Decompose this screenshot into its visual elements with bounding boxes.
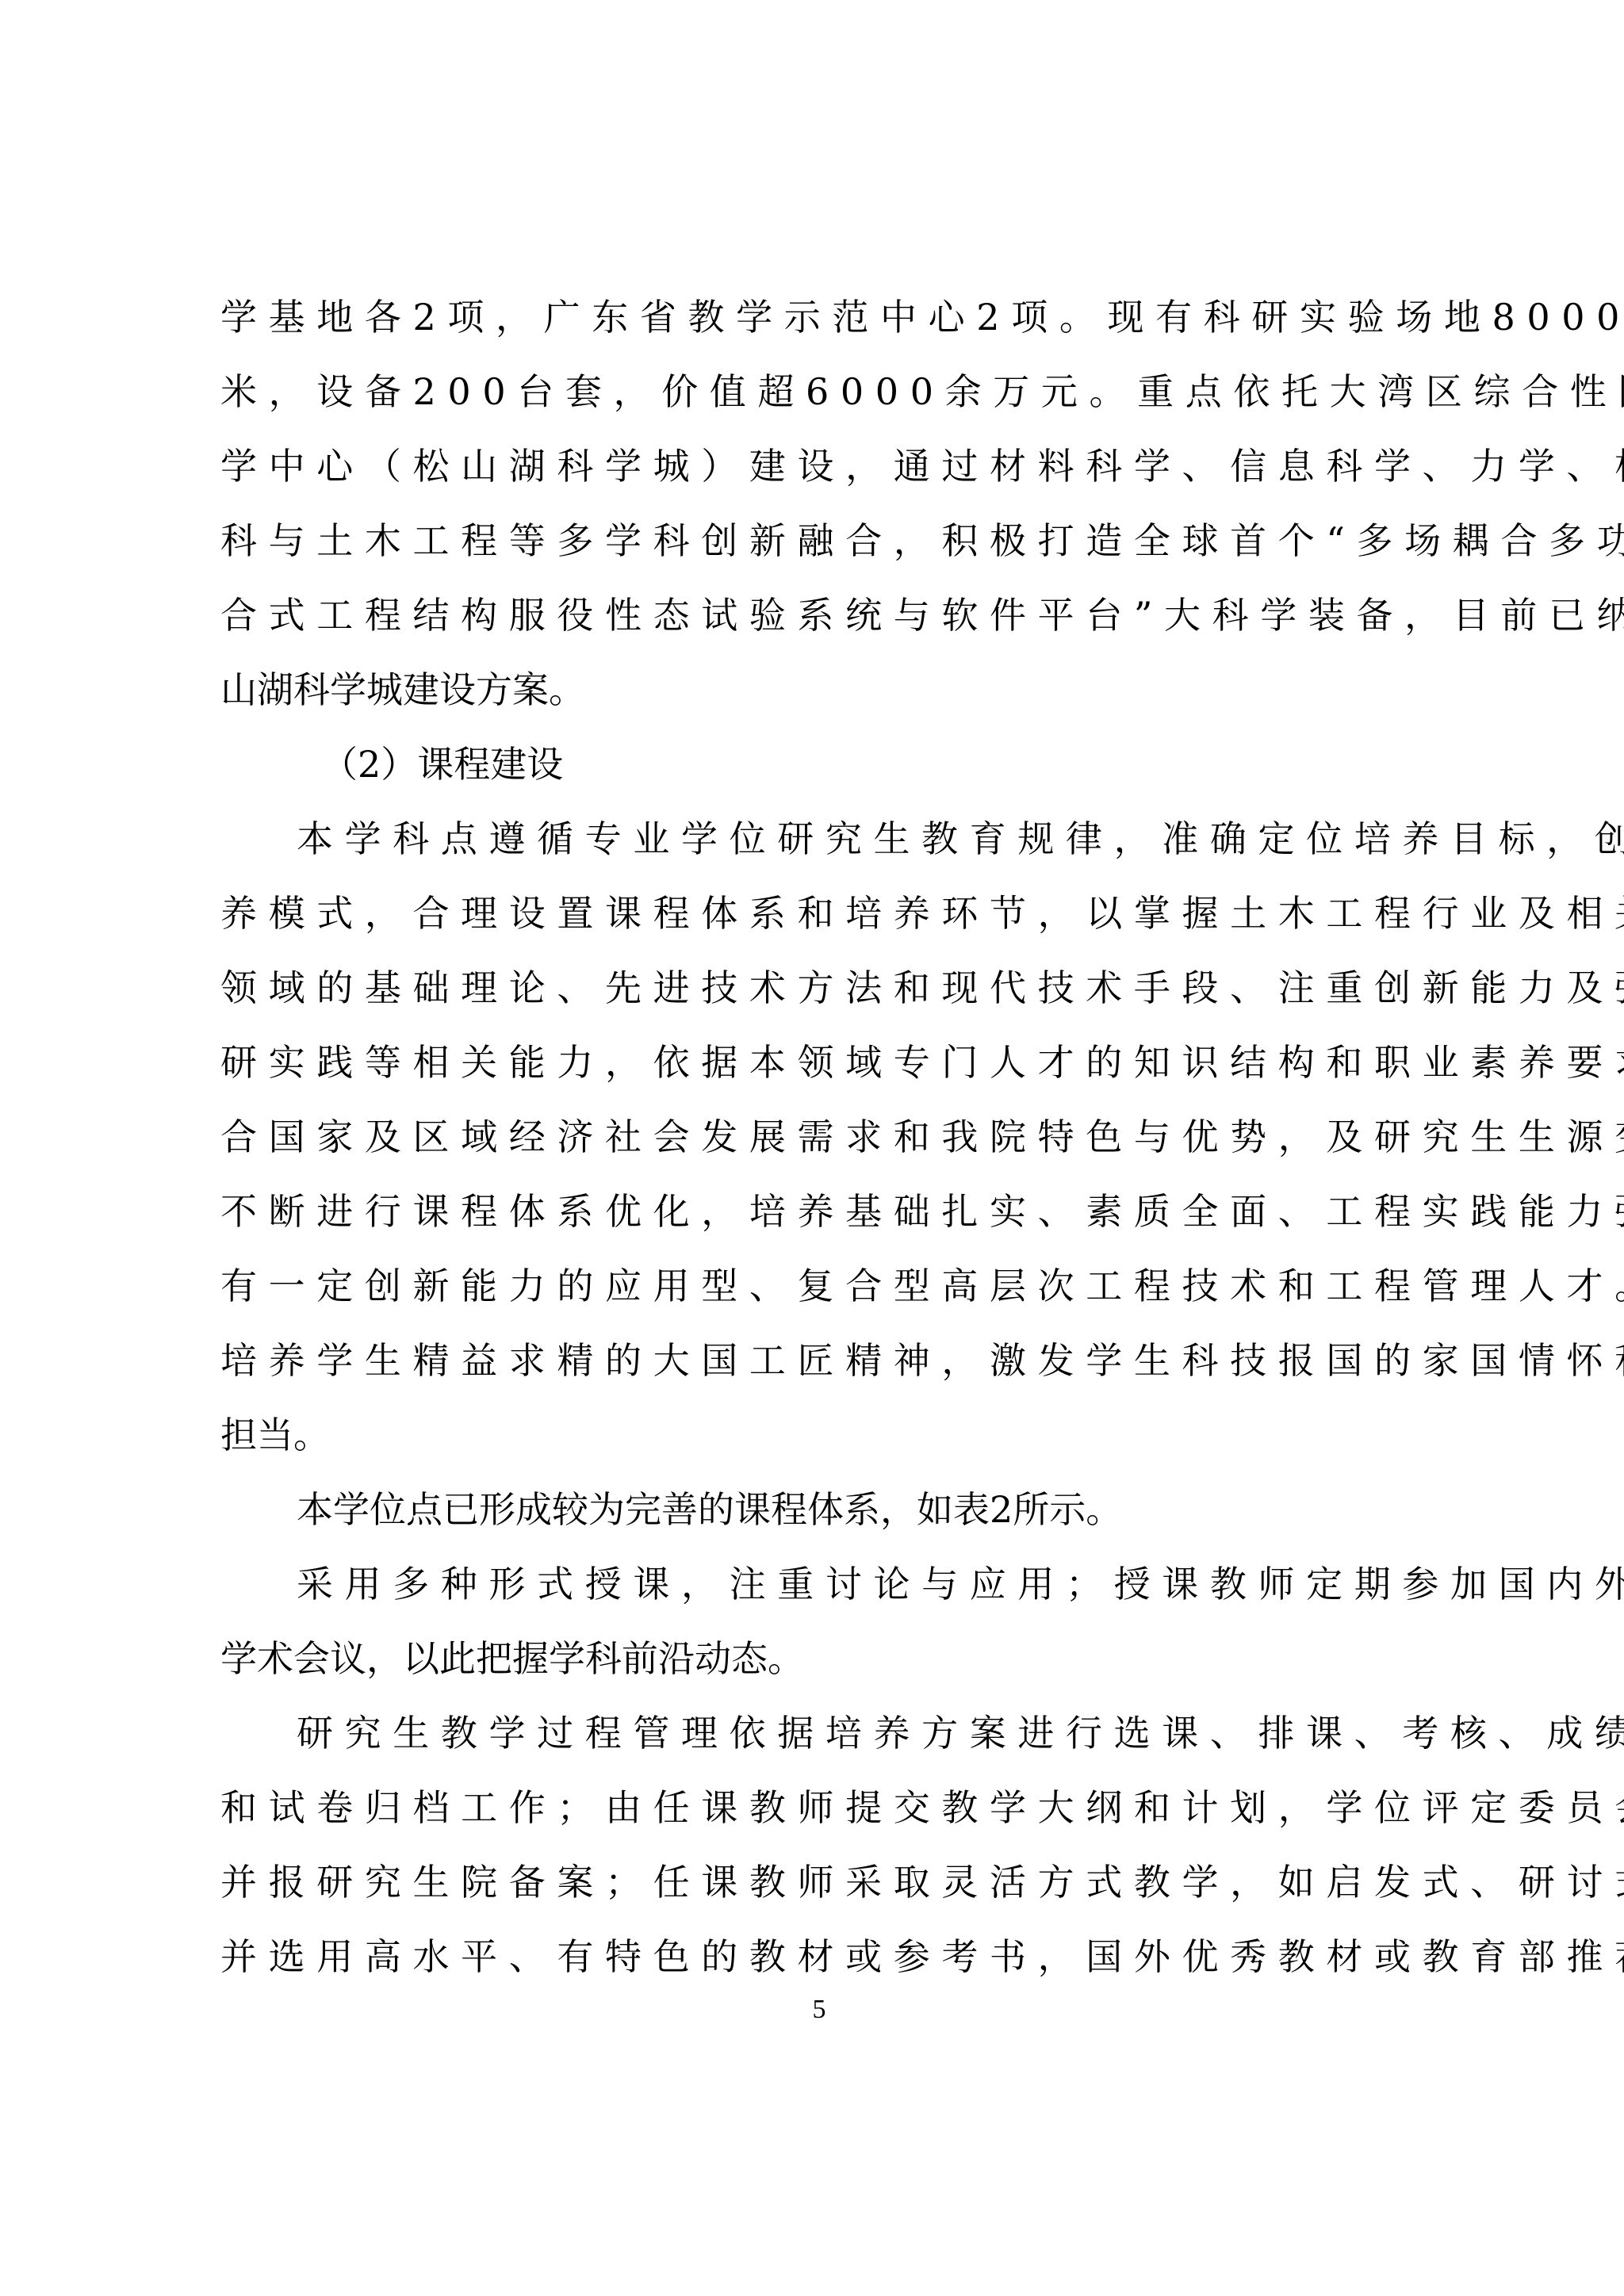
text-line: 学 基 地 各 2 项 ， 广 东 省 教 学 示 范 中 心 2 项 。 现 … [220,280,1416,354]
text-line: 合 国 家 及 区 域 经 济 社 会 发 展 需 求 和 我 院 特 色 与 … [220,1100,1416,1174]
text-line: 本学位点已形成较为完善的课程体系，如表2所示。 [297,1472,1416,1547]
text-line: 和 试 卷 归 档 工 作 ； 由 任 课 教 师 提 交 教 学 大 纲 和 … [220,1770,1416,1845]
text-line: 并 报 研 究 生 院 备 案 ； 任 课 教 师 采 取 灵 活 方 式 教 … [220,1845,1416,1919]
text-line: 研 究 生 教 学 过 程 管 理 依 据 培 养 方 案 进 行 选 课 、 … [297,1696,1416,1770]
text-line: 学 中 心 （ 松 山 湖 科 学 城 ） 建 设 ， 通 过 材 料 科 学 … [220,429,1416,503]
section-heading: （2）课程建设 [321,727,563,802]
page-number: 5 [793,1992,845,2028]
text-line: 科 与 土 木 工 程 等 多 学 科 创 新 融 合 ， 积 极 打 造 全 … [220,503,1416,578]
text-line: 本 学 科 点 遵 循 专 业 学 位 研 究 生 教 育 规 律 ， 准 确 … [297,802,1416,876]
text-line: 学术会议，以此把握学科前沿动态。 [220,1621,1416,1696]
text-line: 采 用 多 种 形 式 授 课 ， 注 重 讨 论 与 应 用 ； 授 课 教 … [297,1547,1416,1621]
text-line: 不 断 进 行 课 程 体 系 优 化 ， 培 养 基 础 扎 实 、 素 质 … [220,1174,1416,1249]
text-line: 领 域 的 基 础 理 论 、 先 进 技 术 方 法 和 现 代 技 术 手 … [220,951,1416,1025]
text-line: 担当。 [220,1398,1416,1472]
text-line: 并 选 用 高 水 平 、 有 特 色 的 教 材 或 参 考 书 ， 国 外 … [220,1919,1416,1994]
text-line: 山湖科学城建设方案。 [220,652,1416,727]
text-line: 研 实 践 等 相 关 能 力 ， 依 据 本 领 域 专 门 人 才 的 知 … [220,1025,1416,1100]
document-page: 学 基 地 各 2 项 ， 广 东 省 教 学 示 范 中 心 2 项 。 现 … [0,0,1624,2296]
text-line: 养 模 式 ， 合 理 设 置 课 程 体 系 和 培 养 环 节 ， 以 掌 … [220,876,1416,951]
text-line: 有 一 定 创 新 能 力 的 应 用 型 、 复 合 型 高 层 次 工 程 … [220,1249,1416,1323]
text-line: 合 式 工 程 结 构 服 役 性 态 试 验 系 统 与 软 件 平 台 ” … [220,578,1416,652]
text-line: 米 ， 设 备 2 0 0 台 套 ， 价 值 超 6 0 0 0 余 万 元 … [220,354,1416,429]
text-line: 培 养 学 生 精 益 求 精 的 大 国 工 匠 精 神 ， 激 发 学 生 … [220,1323,1416,1398]
